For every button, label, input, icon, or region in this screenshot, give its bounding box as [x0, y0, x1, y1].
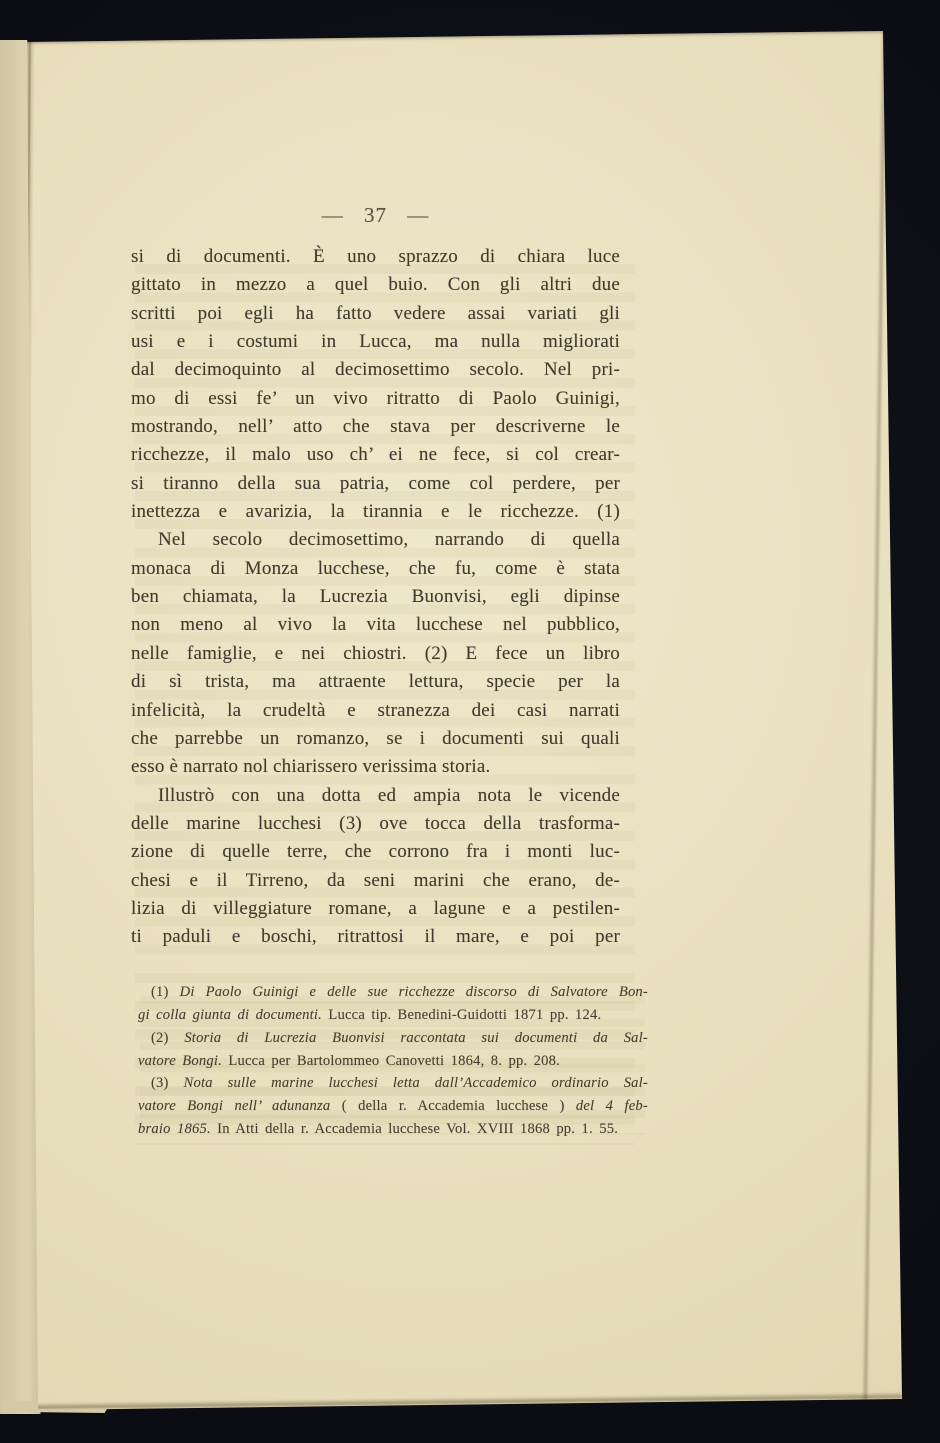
body-line: Illustrò con una dotta ed ampia nota le …: [131, 782, 620, 810]
page-right-edge: [862, 31, 886, 1401]
body-line: si di documenti. È uno sprazzo di chiara…: [131, 243, 620, 271]
footnote-line: (1) Di Paolo Guinigi e delle sue ricchez…: [138, 981, 648, 1004]
footnote-line: (3) Nota sulle marine lucchesi letta dal…: [138, 1072, 648, 1095]
body-line: dal decimoquinto al decimosettimo secolo…: [131, 356, 620, 384]
body-line: inettezza e avarizia, la tirannia e le r…: [131, 498, 620, 526]
footnote-marker: (3): [151, 1075, 184, 1091]
body-line: lizia di villeggiature romane, a lagune …: [131, 895, 620, 923]
footnote-text: Di Paolo Guinigi e delle sue ricchezze d…: [180, 984, 648, 1000]
footnote-marker: (2): [151, 1030, 184, 1046]
footnote-marker: (1): [151, 984, 180, 1000]
footnote-text: Storia di Lucrezia Buonvisi raccontata s…: [184, 1030, 648, 1046]
body-line: ti paduli e boschi, ritrattosi il mare, …: [131, 923, 620, 951]
body-line: monaca di Monza lucchese, che fu, come è…: [131, 555, 620, 583]
body-line: ricchezze, il malo uso ch’ ei ne fece, s…: [131, 441, 620, 469]
footnote-text: gi colla giunta di documenti.: [138, 1007, 322, 1023]
footnote-line: gi colla giunta di documenti. Lucca tip.…: [138, 1004, 648, 1027]
body-text: si di documenti. È uno sprazzo di chiara…: [131, 243, 620, 952]
footnotes: (1) Di Paolo Guinigi e delle sue ricchez…: [138, 981, 648, 1141]
body-line: mostrando, nell’ atto che stava per desc…: [131, 413, 620, 441]
page-number: — 37 —: [131, 203, 620, 228]
body-line: non meno al vivo la vita lucchese nel pu…: [131, 611, 620, 639]
footnote-text: del 4 feb-: [576, 1098, 648, 1114]
footnote-line: braio 1865. In Atti della r. Accademia l…: [138, 1118, 648, 1141]
body-line: infelicità, la crudeltà e stranezza dei …: [131, 697, 620, 725]
footnote-text: ( della r. Accademia lucchese ): [342, 1098, 576, 1114]
body-line: scritti poi egli ha fatto vedere assai v…: [131, 300, 620, 328]
scanned-book-photo: — 37 — si di documenti. È uno sprazzo di…: [0, 0, 940, 1443]
footnote-text: braio 1865.: [138, 1121, 211, 1137]
body-line: esso è narrato nol chiarissero verissima…: [131, 753, 620, 781]
body-line: ben chiamata, la Lucrezia Buonvisi, egli…: [131, 583, 620, 611]
body-line: gittato in mezzo a quel buio. Con gli al…: [131, 271, 620, 299]
body-line: Nel secolo decimosettimo, narrando di qu…: [131, 526, 620, 554]
body-line: si tiranno della sua patria, come col pe…: [131, 470, 620, 498]
page-top-edge: [24, 29, 886, 45]
footnote-text: In Atti della r. Accademia lucchese Vol.…: [211, 1121, 618, 1137]
footnote-line: vatore Bongi. Lucca per Bartolommeo Cano…: [138, 1050, 648, 1073]
body-line: usi e i costumi in Lucca, ma nulla migli…: [131, 328, 620, 356]
body-line: che parrebbe un romanzo, se i documenti …: [131, 725, 620, 753]
body-line: di sì trista, ma attraente lettura, spec…: [131, 668, 620, 696]
body-line: zione di quelle terre, che corrono fra i…: [131, 838, 620, 866]
page-bottom-edge: [36, 1392, 902, 1409]
footnote-text: Lucca per Bartolommeo Canovetti 1864, 8.…: [222, 1053, 560, 1069]
footnote-line: vatore Bongi nell’ adunanza ( della r. A…: [138, 1095, 648, 1118]
footnote-text: Nota sulle marine lucchesi letta dall’Ac…: [184, 1075, 648, 1091]
footnote-text: vatore Bongi.: [138, 1053, 222, 1069]
footnote-line: (2) Storia di Lucrezia Buonvisi racconta…: [138, 1027, 648, 1050]
body-line: mo di essi fe’ un vivo ritratto di Paolo…: [131, 385, 620, 413]
body-line: nelle famiglie, e nei chiostri. (2) E fe…: [131, 640, 620, 668]
body-line: chesi e il Tirreno, da seni marini che e…: [131, 867, 620, 895]
body-line: delle marine lucchesi (3) ove tocca dell…: [131, 810, 620, 838]
footnote-text: Lucca tip. Benedini-Guidotti 1871 pp. 12…: [322, 1007, 601, 1023]
footnote-text: vatore Bongi nell’ adunanza: [138, 1098, 342, 1114]
book-page: — 37 — si di documenti. È uno sprazzo di…: [0, 0, 940, 1443]
